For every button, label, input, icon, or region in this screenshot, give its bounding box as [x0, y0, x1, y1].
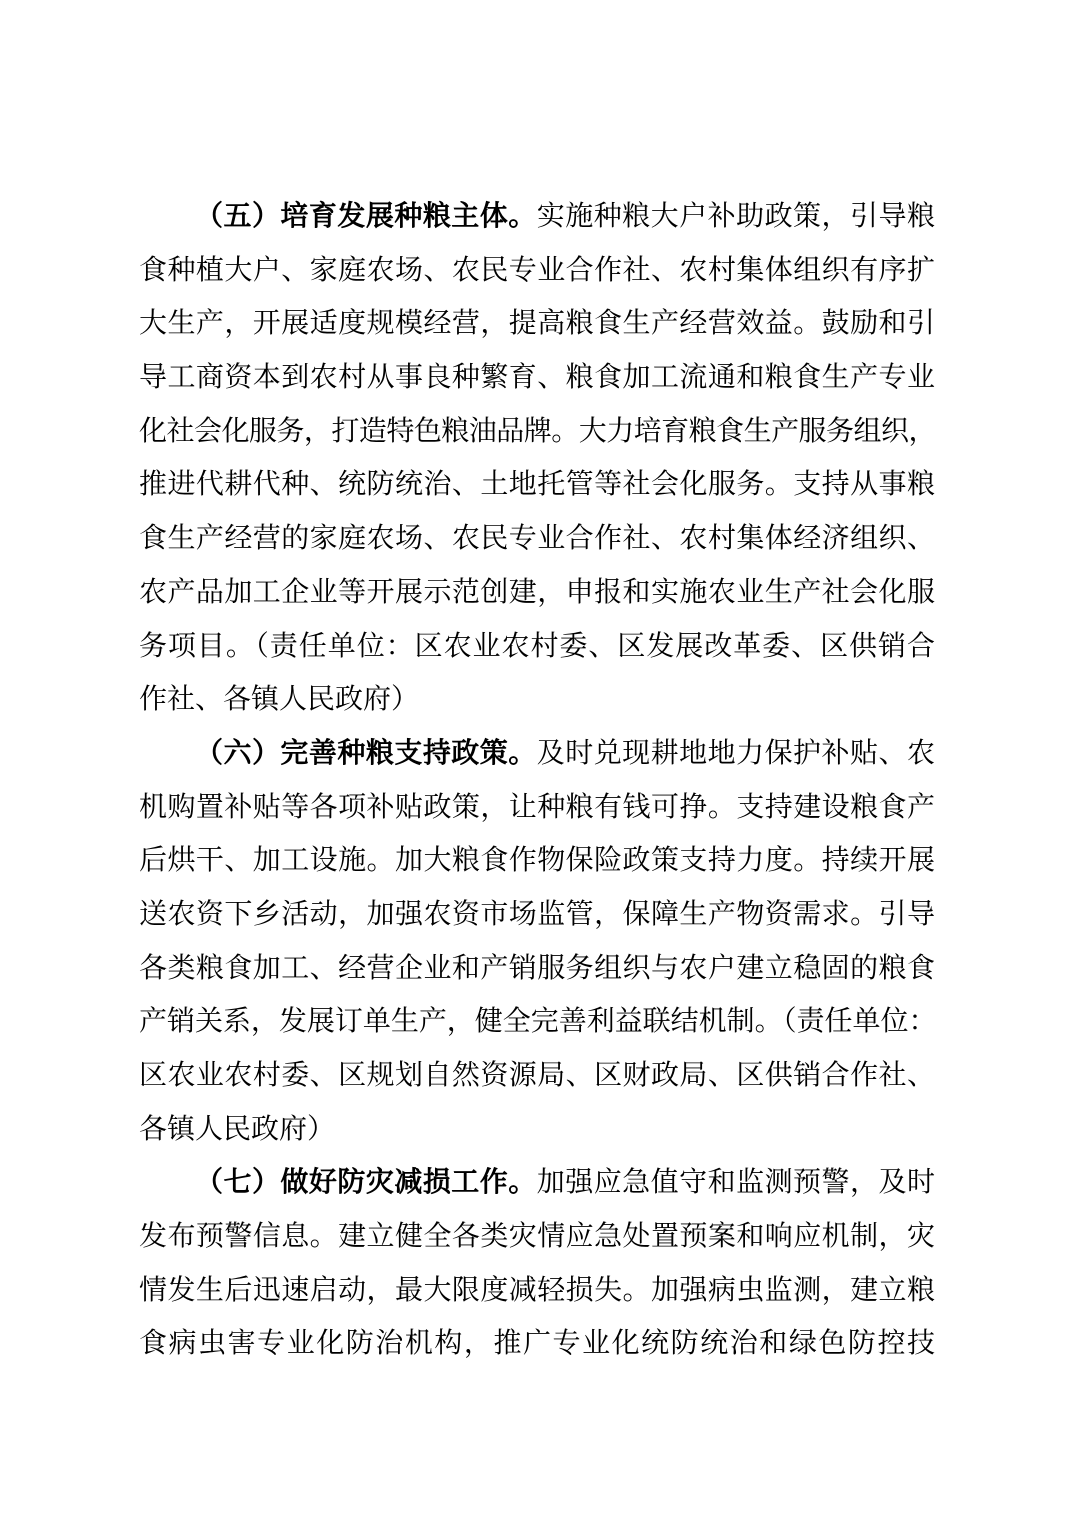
section-7-heading: （七）做好防灾减损工作。 [195, 1167, 537, 1198]
para-7-line-1-text: 加强应急值守和监测预警，及时 [537, 1167, 935, 1198]
para-5-line-1-text: 实施种粮大户补助政策，引导粮 [537, 201, 935, 232]
para-6-line-8: 各镇人民政府） [139, 1103, 935, 1157]
para-6-line-1: （六）完善种粮支持政策。及时兑现耕地地力保护补贴、农 [139, 727, 935, 781]
para-5-line-9: 务项目。（责任单位：区农业农村委、区发展改革委、区供销合 [139, 620, 935, 674]
para-7-line-2: 发布预警信息。建立健全各类灾情应急处置预案和响应机制，灾 [139, 1210, 935, 1264]
para-5-line-8: 农产品加工企业等开展示范创建，申报和实施农业生产社会化服 [139, 566, 935, 620]
para-6-line-7: 区农业农村委、区规划自然资源局、区财政局、区供销合作社、 [139, 1049, 935, 1103]
para-6-line-4: 送农资下乡活动，加强农资市场监管，保障生产物资需求。引导 [139, 888, 935, 942]
para-5-line-1: （五）培育发展种粮主体。实施种粮大户补助政策，引导粮 [139, 190, 935, 244]
para-7-line-4: 食病虫害专业化防治机构，推广专业化统防统治和绿色防控技 [139, 1317, 935, 1371]
para-5-line-5: 化社会化服务，打造特色粮油品牌。大力培育粮食生产服务组织， [139, 405, 935, 459]
para-6-line-1-text: 及时兑现耕地地力保护补贴、农 [537, 738, 935, 769]
para-5-line-10: 作社、各镇人民政府） [139, 673, 935, 727]
section-5-heading: （五）培育发展种粮主体。 [195, 201, 537, 232]
para-7-line-3: 情发生后迅速启动，最大限度减轻损失。加强病虫监测，建立粮 [139, 1264, 935, 1318]
para-5-line-3: 大生产，开展适度规模经营，提高粮食生产经营效益。鼓励和引 [139, 297, 935, 351]
document-page: （五）培育发展种粮主体。实施种粮大户补助政策，引导粮 食种植大户、家庭农场、农民… [0, 0, 1074, 1520]
para-5-line-2: 食种植大户、家庭农场、农民专业合作社、农村集体组织有序扩 [139, 244, 935, 298]
para-5-line-6: 推进代耕代种、统防统治、土地托管等社会化服务。支持从事粮 [139, 458, 935, 512]
para-6-line-6: 产销关系，发展订单生产，健全完善利益联结机制。（责任单位： [139, 995, 935, 1049]
para-7-line-1: （七）做好防灾减损工作。加强应急值守和监测预警，及时 [139, 1156, 935, 1210]
section-6-heading: （六）完善种粮支持政策。 [195, 738, 537, 769]
para-5-line-7: 食生产经营的家庭农场、农民专业合作社、农村集体经济组织、 [139, 512, 935, 566]
para-6-line-3: 后烘干、加工设施。加大粮食作物保险政策支持力度。持续开展 [139, 834, 935, 888]
para-5-line-4: 导工商资本到农村从事良种繁育、粮食加工流通和粮食生产专业 [139, 351, 935, 405]
para-6-line-5: 各类粮食加工、经营企业和产销服务组织与农户建立稳固的粮食 [139, 942, 935, 996]
para-6-line-2: 机购置补贴等各项补贴政策，让种粮有钱可挣。支持建设粮食产 [139, 781, 935, 835]
